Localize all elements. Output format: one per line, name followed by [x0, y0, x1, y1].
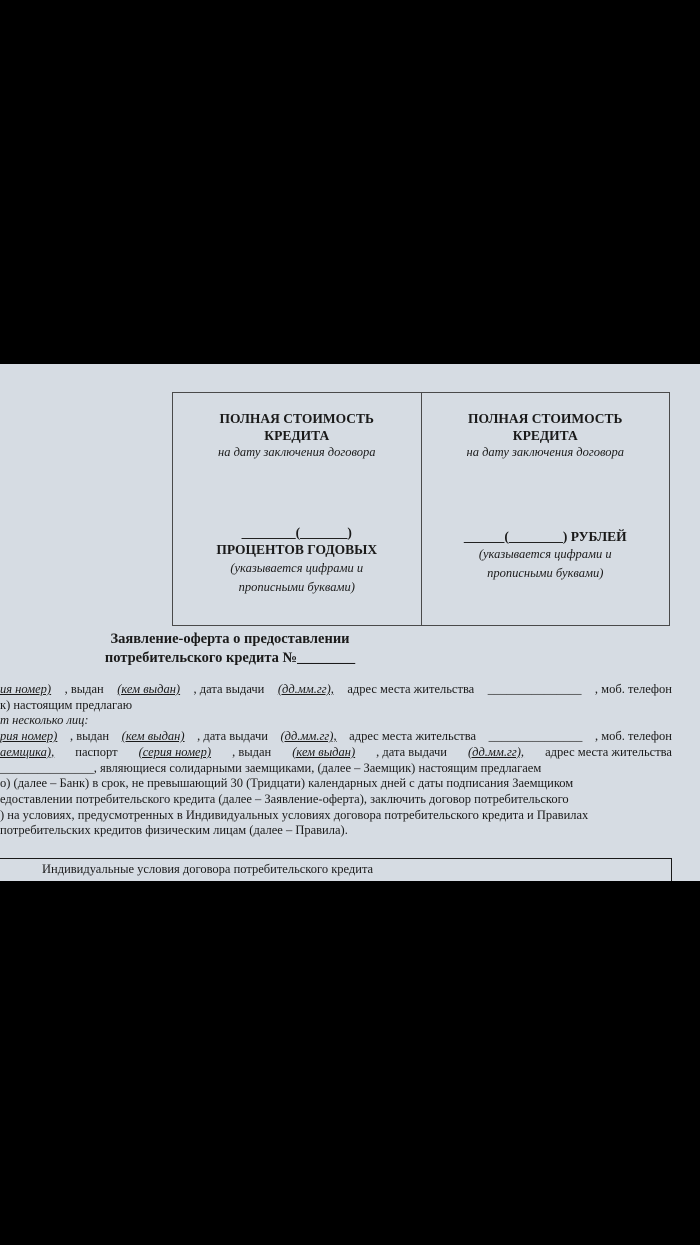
percent-label: ПРОЦЕНТОВ ГОДОВЫХ [173, 541, 421, 559]
cost-percent-cell: ПОЛНАЯ СТОИМОСТЬ КРЕДИТА на дату заключе… [173, 393, 421, 625]
body-line: т несколько лиц: [0, 713, 672, 729]
full-credit-cost-box: ПОЛНАЯ СТОИМОСТЬ КРЕДИТА на дату заключе… [172, 392, 670, 626]
cost-percent-subtitle: на дату заключения договора [173, 444, 421, 460]
rubles-hint-line2: прописными буквами) [422, 564, 670, 583]
cost-percent-title: ПОЛНАЯ СТОИМОСТЬ КРЕДИТА [173, 410, 421, 444]
document-body: ия номер) , выдан (кем выдан) , дата выд… [0, 682, 672, 839]
rubles-blank-field[interactable]: ______(________) РУБЛЕЙ [422, 529, 670, 545]
address-blank-field[interactable]: _______________ [489, 729, 583, 745]
document-title: Заявление-оферта о предоставлении потреб… [80, 630, 380, 668]
body-line: к) настоящим предлагаю [0, 698, 672, 714]
cost-rubles-title: ПОЛНАЯ СТОИМОСТЬ КРЕДИТА [422, 410, 670, 444]
body-line: _______________ , являющиеся солидарными… [0, 761, 672, 777]
rubles-hint-line1: (указывается цифрами и [422, 545, 670, 564]
cost-rubles-cell: ПОЛНАЯ СТОИМОСТЬ КРЕДИТА на дату заключе… [421, 393, 670, 625]
body-line: потребительских кредитов физическим лица… [0, 823, 672, 839]
percent-hint-line2: прописными буквами) [173, 578, 421, 597]
percent-hint-line1: (указывается цифрами и [173, 559, 421, 578]
individual-conditions-table: Индивидуальные условия договора потребит… [0, 858, 672, 881]
document-page: ПОЛНАЯ СТОИМОСТЬ КРЕДИТА на дату заключе… [0, 364, 700, 881]
body-line: рия номер) , выдан (кем выдан) , дата вы… [0, 729, 672, 745]
percent-blank-field[interactable]: ________(_______) [173, 525, 421, 541]
body-line: едоставлении потребительского кредита (д… [0, 792, 672, 808]
body-line: о) (далее – Банк) в срок, не превышающий… [0, 776, 672, 792]
body-line: ия номер) , выдан (кем выдан) , дата выд… [0, 682, 672, 698]
body-line: аемщика), паспорт (серия номер) , выдан … [0, 745, 672, 761]
body-line: ) на условиях, предусмотренных в Индивид… [0, 808, 672, 824]
cost-rubles-subtitle: на дату заключения договора [422, 444, 670, 460]
individual-conditions-title: Индивидуальные условия договора потребит… [42, 862, 373, 877]
borrower-blank-field[interactable]: _______________ [0, 761, 94, 777]
address-blank-field[interactable]: _______________ [488, 682, 582, 698]
